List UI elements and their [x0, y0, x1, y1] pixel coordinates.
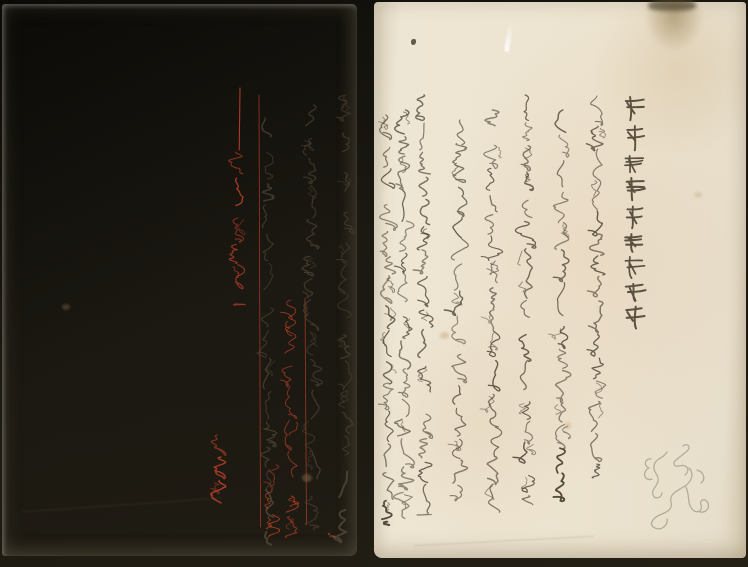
ink-stroke: [592, 464, 600, 478]
ink-stroke: [383, 473, 394, 500]
ink-stroke: [524, 95, 528, 120]
text-column: [413, 95, 433, 515]
ink-stroke: [344, 212, 354, 234]
ink-stroke: [450, 485, 462, 501]
ink-stroke: [653, 452, 667, 498]
ink-stroke: [304, 159, 316, 184]
ink-stroke: [384, 522, 389, 526]
red-dot: [328, 533, 331, 536]
ink-stroke: [593, 149, 602, 178]
ink-stroke: [381, 276, 392, 303]
ink-stroke: [627, 207, 643, 229]
ink-stroke: [524, 421, 532, 444]
ink-stroke: [233, 304, 245, 305]
ink-stroke: [302, 141, 314, 151]
text-column: [378, 115, 397, 525]
ink-stroke: [491, 427, 502, 456]
ink-stroke: [557, 161, 563, 187]
ink-stroke: [587, 335, 599, 356]
ink-stroke: [399, 341, 410, 369]
ink-stroke: [625, 156, 643, 172]
ink-stroke: [386, 503, 390, 512]
ink-stroke: [591, 433, 602, 461]
text-column: [229, 88, 246, 305]
ink-stroke: [486, 168, 494, 190]
ink-stroke: [416, 95, 425, 120]
ink-stroke: [394, 492, 409, 518]
ink-stroke: [305, 298, 307, 525]
ink-stroke: [453, 218, 462, 238]
ink-stroke: [399, 137, 409, 154]
ink-stroke: [419, 152, 431, 174]
ink-stroke: [591, 96, 603, 125]
ink-stroke: [303, 279, 313, 298]
ink-stroke: [342, 133, 349, 151]
ink-stroke: [522, 478, 527, 487]
ink-stroke: [264, 465, 279, 487]
ink-stroke: [385, 411, 393, 442]
ink-stroke: [338, 361, 352, 390]
red-annotation-column: [280, 300, 299, 537]
ink-stroke: [522, 402, 530, 420]
ink-stroke: [311, 390, 319, 419]
ink-stroke: [485, 486, 494, 500]
ink-stroke: [419, 177, 428, 196]
ink-stroke: [239, 88, 240, 150]
ink-stroke: [259, 95, 261, 527]
ink-stroke: [233, 267, 239, 278]
ink-stroke: [518, 251, 522, 265]
ink-stroke: [385, 257, 396, 274]
ink-stroke: [380, 333, 385, 347]
ink-stroke: [401, 421, 405, 432]
ink-stroke: [521, 301, 530, 318]
ink-stroke: [596, 383, 602, 393]
ink-stroke: [457, 120, 464, 145]
ink-stroke: [451, 239, 468, 260]
red-rule-line: [259, 95, 261, 527]
ink-stroke: [338, 294, 352, 318]
ink-stroke: [394, 253, 407, 272]
ink-stroke: [265, 532, 271, 545]
ink-stroke: [561, 225, 569, 238]
ink-stroke: [557, 283, 564, 316]
ink-stroke: [214, 457, 225, 479]
ink-stroke: [306, 453, 313, 469]
ink-stroke: [307, 220, 320, 249]
ink-stroke: [487, 263, 499, 275]
ink-stroke: [384, 444, 390, 467]
ink-stroke: [627, 126, 644, 150]
text-column: [394, 110, 415, 518]
ink-stroke: [453, 164, 465, 183]
ink-stroke: [289, 422, 298, 435]
ink-stroke: [339, 245, 344, 254]
ink-stroke: [489, 361, 500, 391]
ink-stroke: [626, 307, 644, 329]
text-column: [480, 110, 502, 512]
ink-stroke: [453, 144, 467, 163]
ink-stroke: [381, 169, 394, 189]
ink-stroke: [525, 148, 531, 159]
ink-stroke: [519, 335, 531, 362]
ink-stroke: [339, 264, 347, 294]
ink-stroke: [256, 331, 268, 358]
ink-stroke: [523, 123, 532, 141]
ink-stroke: [398, 273, 407, 301]
ink-stroke: [452, 354, 467, 382]
ink-stroke: [586, 126, 602, 150]
ink-stroke: [419, 439, 427, 458]
ink-stroke: [236, 178, 243, 205]
ink-stroke: [674, 445, 689, 475]
text-column: [211, 435, 226, 503]
ink-stroke: [288, 451, 298, 477]
ink-stroke: [697, 470, 704, 483]
text-column: [548, 110, 570, 501]
ink-stroke: [311, 359, 323, 386]
ink-stroke: [599, 404, 603, 419]
ink-stroke: [399, 369, 410, 398]
ink-stroke: [448, 441, 461, 450]
ink-stroke: [280, 366, 292, 387]
ink-stroke: [553, 192, 568, 222]
ink-stroke: [387, 278, 395, 293]
ink-stroke: [380, 115, 392, 139]
ink-stroke: [548, 329, 562, 340]
ink-stroke: [413, 250, 427, 274]
ink-stroke: [229, 152, 243, 174]
ink-stroke: [418, 277, 429, 307]
ink-stroke: [589, 402, 601, 432]
ink-stroke: [485, 110, 499, 126]
ink-stroke: [308, 258, 315, 268]
ink-stroke: [339, 472, 347, 498]
ink-stroke: [401, 439, 414, 468]
ink-stroke: [262, 205, 266, 228]
ink-stroke: [237, 220, 245, 235]
ink-stroke: [558, 349, 568, 368]
ink-stroke: [262, 118, 271, 137]
ink-stroke: [645, 459, 652, 480]
ink-stroke: [457, 187, 467, 216]
ink-stroke: [521, 476, 534, 493]
text-column: [331, 95, 355, 542]
ink-stroke: [302, 422, 314, 451]
ink-stroke: [418, 462, 432, 482]
ink-stroke: [515, 222, 535, 249]
ink-stroke: [626, 284, 646, 301]
ink-stroke: [264, 422, 277, 447]
ink-stroke: [309, 525, 319, 530]
ink-stroke: [423, 484, 430, 513]
ink-stroke: [262, 184, 274, 201]
ink-stroke: [588, 277, 602, 297]
ink-stroke: [423, 414, 433, 438]
ink-stroke: [421, 229, 430, 239]
ink-stroke: [487, 331, 500, 357]
ink-stroke: [553, 250, 569, 282]
ink-stroke: [625, 257, 644, 278]
ink-stroke: [453, 386, 461, 404]
ink-stroke: [599, 128, 605, 138]
ink-stroke: [420, 199, 429, 224]
manuscript-photo: 集千足麻古誉亭時席 ものゝふのこゝろをひきつて一玉へうそりと帝あ つまのとほの郷…: [0, 0, 748, 567]
ink-stroke: [487, 457, 498, 485]
ink-stroke: [383, 362, 391, 384]
ink-stroke: [307, 331, 315, 355]
ink-stroke: [211, 435, 226, 455]
ink-stroke: [382, 501, 392, 520]
ink-stroke: [402, 190, 405, 221]
ink-stroke: [285, 517, 296, 538]
ink-stroke: [263, 234, 274, 261]
ink-stroke: [378, 383, 393, 410]
ink-stroke: [513, 442, 527, 463]
ink-stroke: [563, 427, 571, 439]
ink-stroke: [481, 312, 491, 324]
ink-stroke: [625, 234, 642, 252]
ink-stroke: [591, 256, 605, 275]
ink-stroke: [261, 447, 270, 467]
ink-stroke: [454, 264, 461, 290]
ink-stroke: [380, 231, 387, 256]
ink-stroke: [589, 301, 603, 333]
ink-stroke: [490, 288, 496, 309]
ink-stroke: [399, 467, 414, 490]
ink-stroke: [265, 153, 273, 179]
ink-stroke: [305, 496, 318, 524]
ink-stroke: [420, 123, 424, 150]
ink-stroke: [522, 496, 533, 505]
ink-stroke: [489, 394, 499, 427]
ink-stroke: [520, 360, 528, 390]
ink-stroke: [400, 221, 414, 251]
ink-stroke: [556, 448, 565, 473]
ink-stroke: [556, 371, 571, 403]
ink-stroke: [498, 147, 501, 158]
ink-stroke: [490, 196, 497, 212]
ink-stroke: [336, 243, 350, 263]
calligraphy-layer: [0, 0, 748, 567]
ink-stroke: [312, 451, 320, 479]
red-dot: [333, 536, 336, 539]
red-rule-line: [305, 298, 307, 525]
ink-stroke: [519, 282, 526, 292]
ink-stroke: [686, 487, 708, 512]
ink-stroke: [525, 249, 533, 279]
ink-stroke: [481, 236, 502, 261]
ink-stroke: [265, 392, 270, 420]
ink-stroke: [383, 148, 389, 168]
ink-stroke: [555, 110, 566, 132]
ink-stroke: [418, 330, 426, 358]
ink-stroke: [527, 444, 536, 455]
ink-stroke: [285, 321, 292, 336]
title-column: [625, 97, 646, 328]
ink-stroke: [302, 256, 313, 276]
ink-stroke: [452, 316, 465, 344]
ink-stroke: [627, 178, 645, 200]
text-column: [586, 96, 605, 478]
ink-stroke: [626, 97, 644, 120]
text-column: [513, 95, 536, 505]
ink-stroke: [286, 519, 293, 530]
ink-stroke: [485, 215, 493, 235]
outline-doodle: [645, 445, 709, 529]
ink-stroke: [591, 181, 596, 197]
ink-stroke: [281, 300, 296, 319]
text-column: [444, 120, 468, 501]
ink-stroke: [402, 399, 409, 416]
ink-stroke: [264, 264, 273, 291]
ink-stroke: [421, 312, 428, 321]
ink-stroke: [444, 291, 462, 315]
ink-stroke: [555, 405, 561, 415]
ink-stroke: [522, 200, 532, 217]
ink-stroke: [343, 436, 350, 455]
ink-stroke: [417, 514, 431, 515]
ink-stroke: [343, 412, 353, 433]
ink-stroke: [484, 145, 498, 168]
text-column: [302, 105, 323, 530]
ink-stroke: [553, 473, 564, 501]
ink-stroke: [229, 245, 237, 264]
ink-stroke: [590, 234, 604, 255]
ink-stroke: [285, 387, 296, 419]
ink-stroke: [380, 205, 398, 231]
ink-stroke: [262, 308, 274, 327]
ink-stroke: [592, 358, 603, 379]
ink-stroke: [455, 408, 466, 436]
ink-stroke: [453, 460, 467, 483]
ink-stroke: [588, 211, 602, 236]
ink-stroke: [306, 105, 317, 126]
ink-stroke: [559, 135, 569, 157]
ink-stroke: [558, 327, 567, 349]
